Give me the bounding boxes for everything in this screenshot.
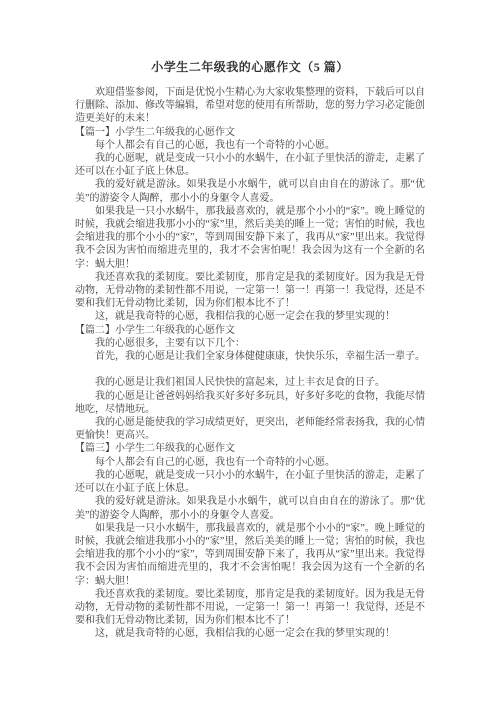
paragraph: 每个人都会有自己的心愿，我也有一个奇特的小心愿。 [75, 456, 425, 469]
paragraph: 首先，我的心愿是让我们全家身体健健康康，快快乐乐，幸福生活一辈子。 [75, 350, 425, 363]
paragraph: 我的心愿呢，就是变成一只小小的水蜗牛，在小缸子里快活的游走，走累了还可以在小缸子… [75, 152, 425, 178]
paragraph: 我的爱好就是游泳。如果我是小水蜗牛，就可以自由自在的游泳了。那“优美”的游姿令人… [75, 178, 425, 204]
paragraph: 这，就是我奇特的心愿，我相信我的心愿一定会在我的梦里实现的！ [75, 627, 425, 640]
document-content: 小学生二年级我的心愿作文（5 篇） 欢迎借鉴参阅，下面是优悦小生精心为大家收集整… [75, 59, 425, 641]
document-page: 小学生二年级我的心愿作文（5 篇） 欢迎借鉴参阅，下面是优悦小生精心为大家收集整… [0, 0, 500, 708]
blank-line [75, 363, 425, 376]
document-body: 欢迎借鉴参阅，下面是优悦小生精心为大家收集整理的资料，下载后可以自行删除、添加、… [75, 86, 425, 641]
paragraph: 如果我是一只小水蜗牛，那我最喜欢的，就是那个小小的“家”。晚上睡觉的时候，我就会… [75, 522, 425, 588]
paragraph: 我的心愿很多，主要有以下几个： [75, 337, 425, 350]
paragraph: 如果我是一只小水蜗牛，那我最喜欢的，就是那个小小的“家”。晚上睡觉的时候，我就会… [75, 205, 425, 271]
section-heading: 【篇一】小学生二年级我的心愿作文 [75, 126, 425, 139]
paragraph: 我的心愿是让爸爸妈妈给我买好多好多玩具，好多好多吃的食物，我能尽情地吃，尽情地玩… [75, 390, 425, 416]
paragraph: 我的心愿是让我们祖国人民快快的富起来，过上丰衣足食的日子。 [75, 376, 425, 389]
section-heading: 【篇三】小学生二年级我的心愿作文 [75, 442, 425, 455]
document-title: 小学生二年级我的心愿作文（5 篇） [75, 59, 425, 76]
paragraph: 我的心愿是能使我的学习成绩更好，更突出，老师能经常表扬我，我的心情更愉快！更高兴… [75, 416, 425, 442]
paragraph: 我的爱好就是游泳。如果我是小水蜗牛，就可以自由自在的游泳了。那“优美”的游姿令人… [75, 495, 425, 521]
section-heading: 【篇二】小学生二年级我的心愿作文 [75, 324, 425, 337]
paragraph: 我还喜欢我的柔韧度。要比柔韧度，那肯定是我的柔韧度好。因为我是无骨动物，无骨动物… [75, 271, 425, 311]
paragraph: 每个人都会有自己的心愿，我也有一个奇特的小心愿。 [75, 139, 425, 152]
paragraph: 这，就是我奇特的心愿，我相信我的心愿一定会在我的梦里实现的！ [75, 310, 425, 323]
paragraph: 我还喜欢我的柔韧度。要比柔韧度，那肯定是我的柔韧度好。因为我是无骨动物，无骨动物… [75, 588, 425, 628]
paragraph: 我的心愿呢，就是变成一只小小的水蜗牛，在小缸子里快活的游走，走累了还可以在小缸子… [75, 469, 425, 495]
paragraph: 欢迎借鉴参阅，下面是优悦小生精心为大家收集整理的资料，下载后可以自行删除、添加、… [75, 86, 425, 126]
